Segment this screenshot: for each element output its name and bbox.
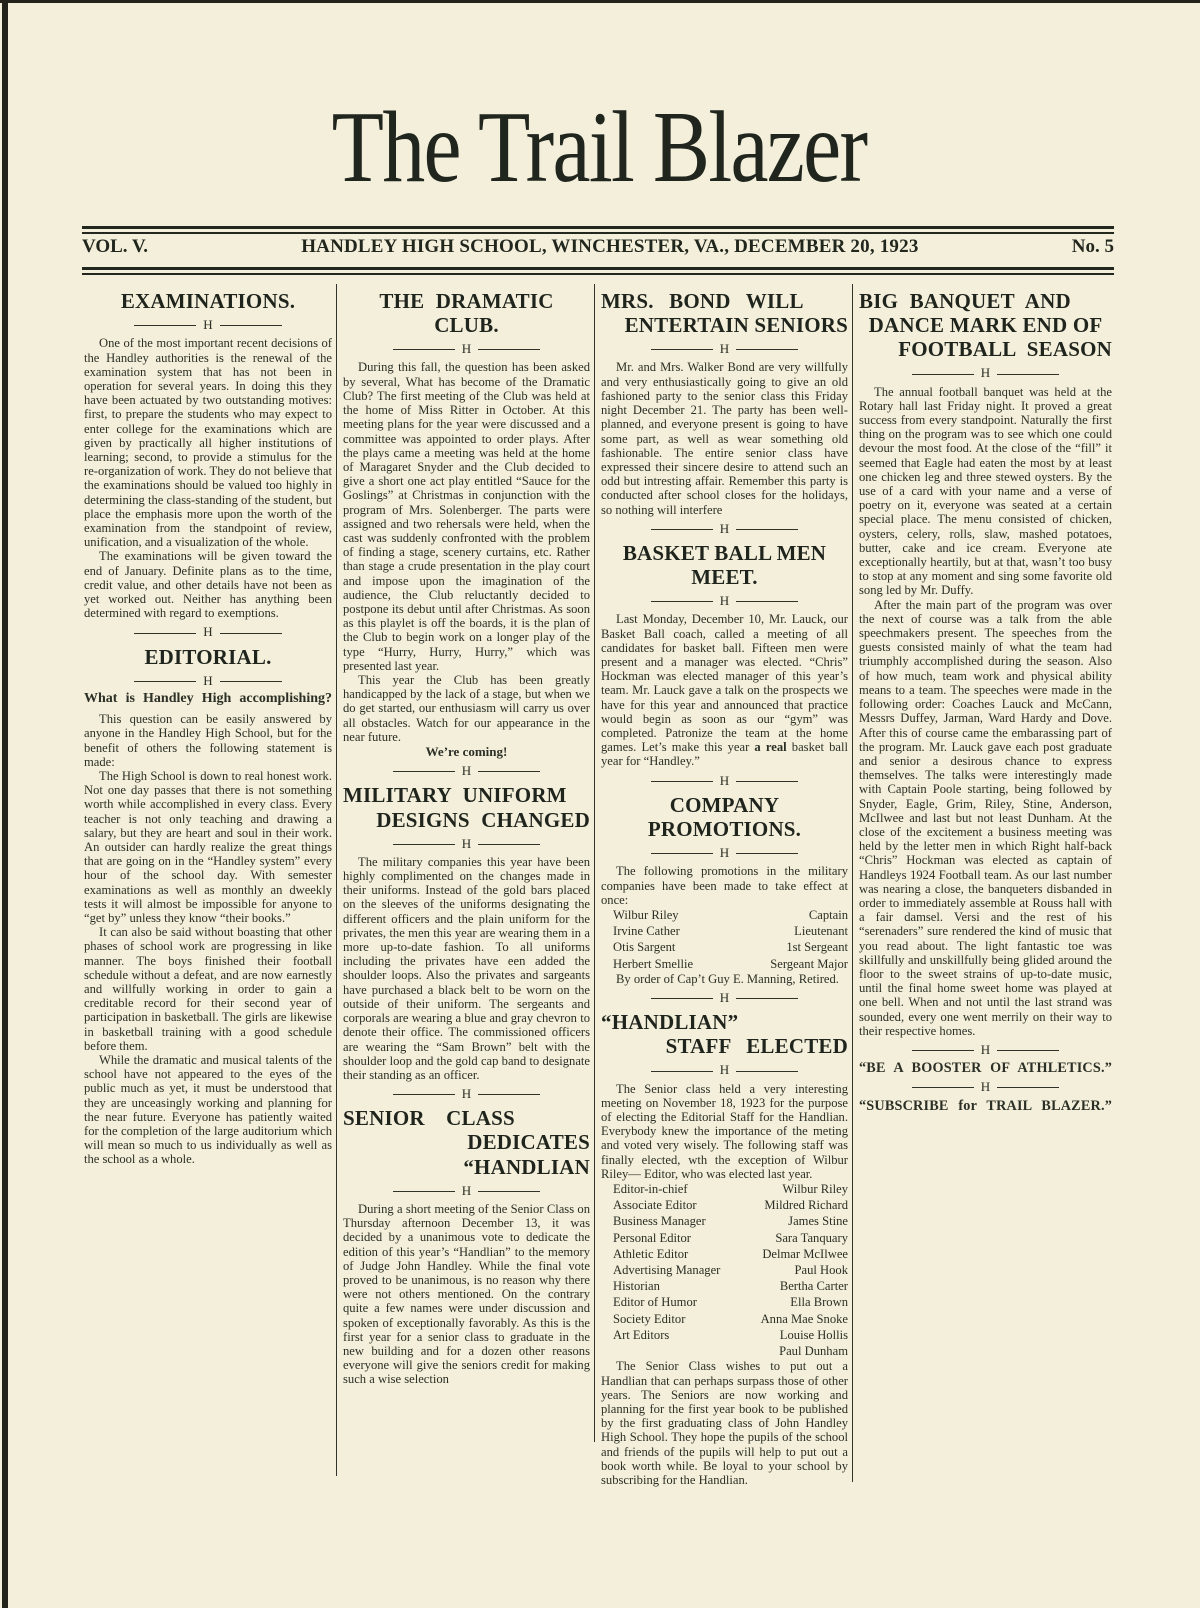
staff-row: Advertising ManagerPaul Hook bbox=[601, 1262, 848, 1278]
divider-line bbox=[393, 349, 455, 350]
staff-row: Editor of HumorElla Brown bbox=[601, 1294, 848, 1310]
divider-line bbox=[736, 601, 798, 602]
column-separator-2 bbox=[594, 284, 595, 1442]
h-divider: H bbox=[343, 837, 590, 851]
divider-line bbox=[651, 781, 713, 782]
divider-line bbox=[220, 325, 282, 326]
column-1: EXAMINATIONS. H One of the most importan… bbox=[84, 284, 332, 1167]
headline-line-1: “HANDLIAN” bbox=[601, 1010, 848, 1034]
staff-role: Society Editor bbox=[613, 1311, 685, 1327]
divider-line bbox=[997, 374, 1059, 375]
staff-name: Anna Mae Snoke bbox=[761, 1311, 848, 1327]
column-separator-1 bbox=[336, 284, 337, 1476]
h-divider: H bbox=[343, 342, 590, 356]
divider-line bbox=[478, 349, 540, 350]
divider-line bbox=[651, 529, 713, 530]
h-divider: H bbox=[601, 774, 848, 788]
handlian-staff-paragraph-1: The Senior class held a very interesting… bbox=[601, 1082, 848, 1181]
h-divider: H bbox=[859, 1080, 1112, 1094]
school-dateline: HANDLEY HIGH SCHOOL, WINCHESTER, VA., DE… bbox=[301, 236, 918, 258]
divider-line bbox=[478, 844, 540, 845]
editorial-headline: EDITORIAL. bbox=[84, 645, 332, 669]
examinations-headline: EXAMINATIONS. bbox=[84, 289, 332, 313]
h-divider: H bbox=[859, 366, 1112, 380]
divider-glyph: H bbox=[462, 1184, 471, 1198]
staff-name: Ella Brown bbox=[790, 1294, 848, 1310]
mrs-bond-headline: MRS. BOND WILL ENTERTAIN SENIORS bbox=[601, 289, 848, 337]
staff-role: Editor-in-chief bbox=[613, 1181, 688, 1197]
divider-line bbox=[220, 681, 282, 682]
article-basketball-meet: BASKET BALL MEN MEET. H Last Monday, Dec… bbox=[601, 541, 848, 769]
dateline: VOL. V. HANDLEY HIGH SCHOOL, WINCHESTER,… bbox=[82, 236, 1114, 258]
divider-line bbox=[651, 1071, 713, 1072]
column-4: BIG BANQUET AND DANCE MARK END OF FOOTBA… bbox=[859, 284, 1112, 1115]
staff-name: Bertha Carter bbox=[780, 1278, 848, 1294]
staff-name: Paul Hook bbox=[794, 1262, 848, 1278]
promotion-rank: 1st Sergeant bbox=[786, 939, 848, 955]
paragraph-bold-text: a real bbox=[754, 740, 786, 754]
football-banquet-headline: BIG BANQUET AND DANCE MARK END OF FOOTBA… bbox=[859, 289, 1112, 361]
divider-glyph: H bbox=[462, 1087, 471, 1101]
divider-glyph: H bbox=[203, 625, 212, 639]
divider-line bbox=[651, 998, 713, 999]
senior-class-headline: SENIOR CLASS DEDICATES “HANDLIAN bbox=[343, 1106, 590, 1178]
editorial-paragraph-3: It can also be said without boasting tha… bbox=[84, 925, 332, 1053]
editorial-question: What is Handley High accomplishing? bbox=[84, 692, 332, 706]
football-banquet-paragraph-1: The annual football banquet was held at … bbox=[859, 385, 1112, 598]
divider-line bbox=[736, 529, 798, 530]
column-2: THE DRAMATIC CLUB. H During this fall, t… bbox=[343, 284, 590, 1387]
headline-line-1: BIG BANQUET AND bbox=[859, 289, 1112, 313]
divider-line bbox=[736, 998, 798, 999]
headline-line-1: SENIOR CLASS bbox=[343, 1106, 590, 1130]
article-editorial: EDITORIAL. H What is Handley High accomp… bbox=[84, 645, 332, 1167]
headline-line-2: STAFF ELECTED bbox=[601, 1034, 848, 1058]
divider-glyph: H bbox=[720, 1063, 729, 1077]
dramatic-club-tagline: We’re coming! bbox=[343, 745, 590, 759]
divider-line bbox=[912, 1087, 974, 1088]
divider-line bbox=[736, 853, 798, 854]
h-divider: H bbox=[84, 318, 332, 332]
scan-edge-top bbox=[0, 0, 1200, 3]
staff-name: Wilbur Riley bbox=[782, 1181, 848, 1197]
promotion-name: Irvine Cather bbox=[613, 923, 680, 939]
promotion-name: Herbert Smellie bbox=[613, 956, 693, 972]
issue-number: No. 5 bbox=[1072, 236, 1114, 258]
divider-line bbox=[478, 1094, 540, 1095]
divider-line bbox=[393, 1191, 455, 1192]
staff-role: Historian bbox=[613, 1278, 660, 1294]
divider-glyph: H bbox=[981, 1043, 990, 1057]
article-company-promotions: COMPANY PROMOTIONS. H The following prom… bbox=[601, 793, 848, 986]
article-examinations: EXAMINATIONS. H One of the most importan… bbox=[84, 289, 332, 620]
h-divider: H bbox=[84, 674, 332, 688]
divider-line bbox=[478, 771, 540, 772]
paragraph-text: Last Monday, December 10, Mr. Lauck, our… bbox=[601, 612, 848, 754]
staff-name: James Stine bbox=[788, 1213, 848, 1229]
article-senior-class: SENIOR CLASS DEDICATES “HANDLIAN H Durin… bbox=[343, 1106, 590, 1386]
dramatic-club-headline: THE DRAMATIC CLUB. bbox=[343, 289, 590, 337]
staff-row: Personal EditorSara Tanquary bbox=[601, 1230, 848, 1246]
scan-edge-left bbox=[2, 0, 8, 1608]
dramatic-club-paragraph-2: This year the Club has been greatly hand… bbox=[343, 673, 590, 744]
divider-glyph: H bbox=[720, 522, 729, 536]
divider-line bbox=[393, 844, 455, 845]
divider-line bbox=[393, 1094, 455, 1095]
h-divider: H bbox=[84, 625, 332, 639]
mrs-bond-paragraph: Mr. and Mrs. Walker Bond are very willfu… bbox=[601, 360, 848, 516]
divider-line bbox=[134, 633, 196, 634]
staff-name: Sara Tanquary bbox=[775, 1230, 848, 1246]
divider-line bbox=[997, 1087, 1059, 1088]
staff-row: Society EditorAnna Mae Snoke bbox=[601, 1311, 848, 1327]
company-promotions-outro: By order of Cap’t Guy E. Manning, Retire… bbox=[601, 972, 848, 986]
article-dramatic-club: THE DRAMATIC CLUB. H During this fall, t… bbox=[343, 289, 590, 759]
divider-line bbox=[912, 1050, 974, 1051]
divider-line bbox=[220, 633, 282, 634]
headline-line-3: FOOTBALL SEASON bbox=[859, 337, 1112, 361]
h-divider: H bbox=[601, 846, 848, 860]
divider-line bbox=[134, 681, 196, 682]
promotion-row: Irvine CatherLieutenant bbox=[601, 923, 848, 939]
divider-line bbox=[134, 325, 196, 326]
divider-glyph: H bbox=[462, 342, 471, 356]
promotion-rank: Captain bbox=[809, 907, 848, 923]
handlian-staff-paragraph-2: The Senior Class wishes to put out a Han… bbox=[601, 1359, 848, 1487]
headline-line-2: ENTERTAIN SENIORS bbox=[601, 313, 848, 337]
staff-row: Editor-in-chiefWilbur Riley bbox=[601, 1181, 848, 1197]
headline-line-1: MRS. BOND WILL bbox=[601, 289, 848, 313]
article-mrs-bond: MRS. BOND WILL ENTERTAIN SENIORS H Mr. a… bbox=[601, 289, 848, 517]
staff-row: Art EditorsLouise Hollis bbox=[601, 1327, 848, 1343]
h-divider: H bbox=[343, 1184, 590, 1198]
article-football-banquet: BIG BANQUET AND DANCE MARK END OF FOOTBA… bbox=[859, 289, 1112, 1038]
promotion-name: Otis Sargent bbox=[613, 939, 675, 955]
football-banquet-paragraph-2: After the main part of the program was o… bbox=[859, 598, 1112, 1038]
editorial-paragraph-2: The High School is down to real honest w… bbox=[84, 769, 332, 925]
h-divider: H bbox=[601, 522, 848, 536]
company-promotions-headline: COMPANY PROMOTIONS. bbox=[601, 793, 848, 841]
divider-glyph: H bbox=[462, 764, 471, 778]
h-divider: H bbox=[601, 342, 848, 356]
divider-glyph: H bbox=[203, 674, 212, 688]
staff-row: Athletic EditorDelmar McIlwee bbox=[601, 1246, 848, 1262]
staff-role: Athletic Editor bbox=[613, 1246, 688, 1262]
divider-glyph: H bbox=[720, 991, 729, 1005]
promotion-rank: Sergeant Major bbox=[770, 956, 848, 972]
military-uniform-headline: MILITARY UNIFORM DESIGNS CHANGED bbox=[343, 783, 590, 831]
divider-line bbox=[651, 601, 713, 602]
masthead-rule-top bbox=[82, 226, 1114, 234]
newspaper-title: The Trail Blazer bbox=[166, 92, 1031, 204]
military-uniform-paragraph: The military companies this year have be… bbox=[343, 855, 590, 1082]
divider-line bbox=[736, 781, 798, 782]
staff-name: Mildred Richard bbox=[764, 1197, 848, 1213]
divider-line bbox=[651, 853, 713, 854]
h-divider: H bbox=[601, 1063, 848, 1077]
basketball-meet-headline: BASKET BALL MEN MEET. bbox=[601, 541, 848, 589]
divider-glyph: H bbox=[720, 342, 729, 356]
article-military-uniform: MILITARY UNIFORM DESIGNS CHANGED H The m… bbox=[343, 783, 590, 1082]
newspaper-page: The Trail Blazer VOL. V. HANDLEY HIGH SC… bbox=[0, 0, 1200, 1608]
h-divider: H bbox=[343, 764, 590, 778]
article-handlian-staff: “HANDLIAN” STAFF ELECTED H The Senior cl… bbox=[601, 1010, 848, 1487]
staff-row: Business ManagerJames Stine bbox=[601, 1213, 848, 1229]
editorial-paragraph-1: This question can be easily answered by … bbox=[84, 712, 332, 769]
staff-role: Advertising Manager bbox=[613, 1262, 720, 1278]
column-3: MRS. BOND WILL ENTERTAIN SENIORS H Mr. a… bbox=[601, 284, 848, 1487]
staff-row: Associate EditorMildred Richard bbox=[601, 1197, 848, 1213]
h-divider: H bbox=[601, 991, 848, 1005]
h-divider: H bbox=[601, 594, 848, 608]
divider-glyph: H bbox=[981, 1080, 990, 1094]
divider-line bbox=[651, 349, 713, 350]
dramatic-club-paragraph-1: During this fall, the question has been … bbox=[343, 360, 590, 672]
divider-glyph: H bbox=[720, 846, 729, 860]
h-divider: H bbox=[859, 1043, 1112, 1057]
senior-class-paragraph: During a short meeting of the Senior Cla… bbox=[343, 1202, 590, 1387]
divider-line bbox=[736, 349, 798, 350]
promotion-row: Herbert SmellieSergeant Major bbox=[601, 956, 848, 972]
divider-line bbox=[736, 1071, 798, 1072]
divider-glyph: H bbox=[720, 774, 729, 788]
promotion-row: Otis Sargent1st Sergeant bbox=[601, 939, 848, 955]
booster-slogan: “BE A BOOSTER OF ATHLETICS.” bbox=[859, 1061, 1112, 1075]
staff-row: HistorianBertha Carter bbox=[601, 1278, 848, 1294]
headline-line-2: DESIGNS CHANGED bbox=[343, 808, 590, 832]
staff-name: Louise Hollis bbox=[780, 1327, 848, 1343]
divider-glyph: H bbox=[720, 594, 729, 608]
editorial-paragraph-4: While the dramatic and musical talents o… bbox=[84, 1053, 332, 1167]
staff-role: Business Manager bbox=[613, 1213, 706, 1229]
headline-line-2: DEDICATES “HANDLIAN bbox=[343, 1130, 590, 1178]
company-promotions-intro: The following promotions in the military… bbox=[601, 864, 848, 907]
promotion-name: Wilbur Riley bbox=[613, 907, 679, 923]
divider-line bbox=[997, 1050, 1059, 1051]
divider-line bbox=[393, 771, 455, 772]
volume-label: VOL. V. bbox=[82, 236, 148, 258]
promotion-rank: Lieutenant bbox=[794, 923, 848, 939]
staff-role: Personal Editor bbox=[613, 1230, 691, 1246]
staff-role: Editor of Humor bbox=[613, 1294, 697, 1310]
staff-extra-name: Paul Dunham bbox=[601, 1343, 848, 1359]
divider-glyph: H bbox=[203, 318, 212, 332]
staff-role: Associate Editor bbox=[613, 1197, 697, 1213]
subscribe-slogan: “SUBSCRIBE for TRAIL BLAZER.” bbox=[859, 1099, 1112, 1113]
staff-role: Art Editors bbox=[613, 1327, 669, 1343]
promotion-row: Wilbur RileyCaptain bbox=[601, 907, 848, 923]
divider-glyph: H bbox=[981, 366, 990, 380]
handlian-staff-headline: “HANDLIAN” STAFF ELECTED bbox=[601, 1010, 848, 1058]
examinations-paragraph-2: The examinations will be given toward th… bbox=[84, 549, 332, 620]
divider-line bbox=[912, 374, 974, 375]
examinations-paragraph-1: One of the most important recent decisio… bbox=[84, 336, 332, 549]
h-divider: H bbox=[343, 1087, 590, 1101]
staff-name: Delmar McIlwee bbox=[762, 1246, 848, 1262]
divider-glyph: H bbox=[462, 837, 471, 851]
basketball-meet-paragraph: Last Monday, December 10, Mr. Lauck, our… bbox=[601, 612, 848, 768]
headline-line-2: DANCE MARK END OF bbox=[859, 313, 1112, 337]
column-separator-3 bbox=[852, 284, 853, 1482]
masthead-rule-bottom bbox=[82, 267, 1114, 275]
headline-line-1: MILITARY UNIFORM bbox=[343, 783, 590, 807]
divider-line bbox=[478, 1191, 540, 1192]
